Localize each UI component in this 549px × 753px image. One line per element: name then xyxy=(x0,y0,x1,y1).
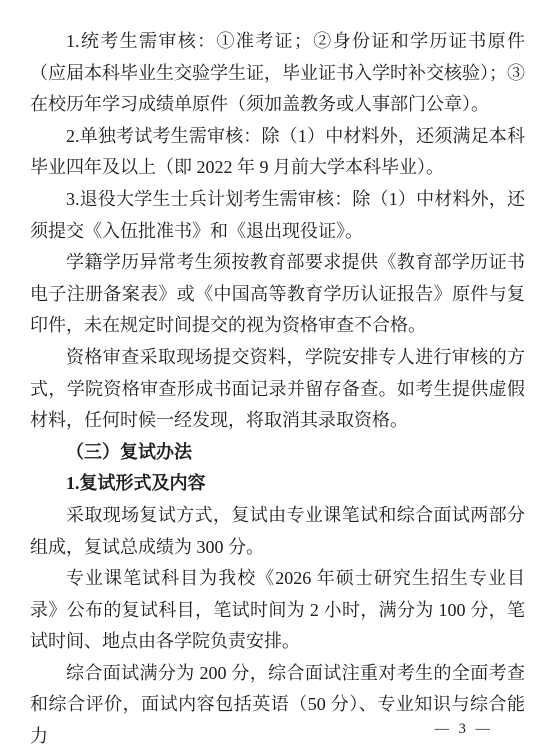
paragraph: 资格审查采取现场提交资料，学院安排专人进行审核的方式，学院资格审查形成书面记录并… xyxy=(30,342,525,437)
paragraph: 学籍学历异常考生须按教育部要求提供《教育部学历证书电子注册备案表》或《中国高等教… xyxy=(30,247,525,342)
document-body: 1.统考生需审核：①准考证；②身份证和学历证书原件（应届本科毕业生交验学生证，毕… xyxy=(30,26,525,753)
paragraph: 专业课笔试科目为我校《2026 年硕士研究生招生专业目录》公布的复试科目，笔试时… xyxy=(30,563,525,658)
paragraph: 采取现场复试方式，复试由专业课笔试和综合面试两部分组成，复试总成绩为 300 分… xyxy=(30,500,525,563)
paragraph: 1.统考生需审核：①准考证；②身份证和学历证书原件（应届本科毕业生交验学生证，毕… xyxy=(30,26,525,121)
paragraph: 3.退役大学生士兵计划考生需审核：除（1）中材料外，还须提交《入伍批准书》和《退… xyxy=(30,184,525,247)
section-heading: 1.复试形式及内容 xyxy=(30,468,525,500)
page-number: — 3 — xyxy=(435,721,494,738)
paragraph: 综合面试满分为 200 分，综合面试注重对考生的全面考查和综合评价，面试内容包括… xyxy=(30,658,525,753)
section-heading: （三）复试办法 xyxy=(30,437,525,469)
paragraph: 2.单独考试考生需审核：除（1）中材料外，还须满足本科毕业四年及以上（即 202… xyxy=(30,121,525,184)
